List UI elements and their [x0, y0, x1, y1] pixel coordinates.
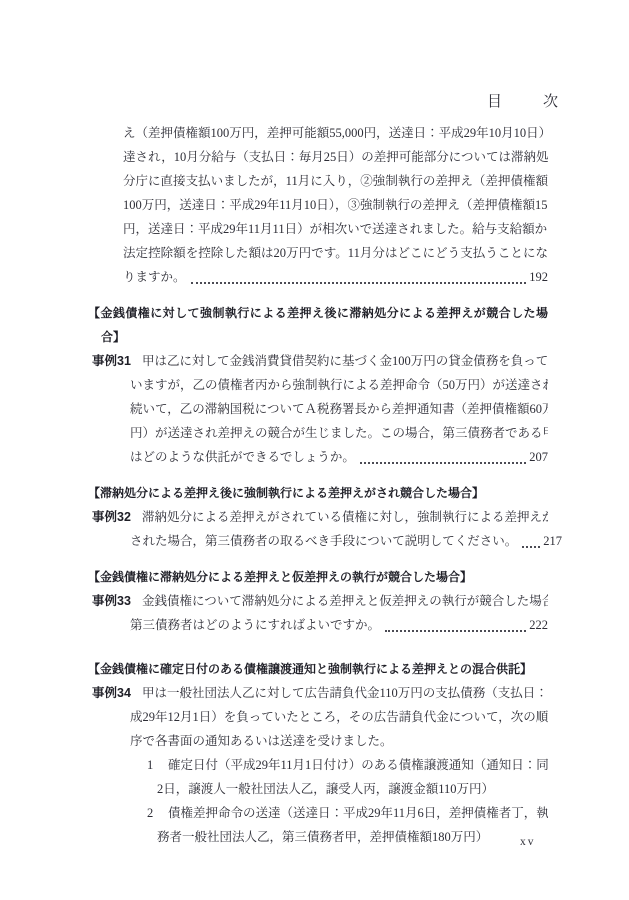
- page-title: 目 次: [487, 90, 571, 111]
- toc-text-line: 確定日付（平成29年11月1日付け）のある債権譲渡通知（通知日：同月: [157, 753, 548, 777]
- case-label: 事例33: [92, 589, 131, 613]
- section-heading: 【滞納処分による差押え後に強制執行による差押えがされ競合した場合】: [88, 481, 548, 505]
- case-body: 金銭債権について滞納処分による差押えと仮差押えの執行が競合した場合，第三債務者は…: [130, 589, 548, 637]
- case-label: 事例31: [92, 349, 131, 373]
- page-reference: 217: [543, 529, 562, 553]
- case-entry: 事例32滞納処分による差押えがされている債権に対し，強制執行による差押えがされた…: [88, 505, 548, 553]
- dot-leader: [360, 462, 526, 464]
- toc-text-line: 分庁に直接支払いましたが，11月に入り，②強制執行の差押え（差押債権額: [123, 169, 548, 193]
- section-heading-line: 【滞納処分による差押え後に強制執行による差押えがされ競合した場合】: [88, 481, 548, 505]
- toc-entry-continuation: え（差押債権額100万円，差押可能額55,000円，送達日：平成29年10月10…: [123, 121, 548, 289]
- case-body: 甲は一般社団法人乙に対して広告請負代金110万円の支払債務（支払日：平成29年1…: [130, 681, 548, 849]
- case-label: 事例32: [92, 505, 131, 529]
- sub-item: 2債権差押命令の送達（送達日：平成29年11月6日，差押債権者丁，執行債務者一般…: [157, 801, 548, 849]
- section-heading-line: 【金銭債権に対して強制執行による差押え後に滞納処分による差押えが競合した場: [88, 301, 548, 325]
- toc-text-line: 甲は一般社団法人乙に対して広告請負代金110万円の支払債務（支払日：平: [130, 681, 548, 705]
- sub-item: 1確定日付（平成29年11月1日付け）のある債権譲渡通知（通知日：同月2日，譲渡…: [157, 753, 548, 801]
- case-entry: 事例31甲は乙に対して金銭消費貸借契約に基づく金100万円の貸金債務を負っていま…: [88, 349, 548, 469]
- section-heading: 【金銭債権に確定日付のある債権譲渡通知と強制執行による差押えとの混合供託】: [88, 657, 548, 681]
- page-reference: 192: [529, 265, 548, 289]
- dot-leader: [191, 282, 527, 284]
- toc-text-line: 2日，譲渡人一般社団法人乙，譲受人丙，譲渡金額110万円）: [157, 777, 548, 801]
- toc-section: 【金銭債権に確定日付のある債権譲渡通知と強制執行による差押えとの混合供託】事例3…: [88, 657, 548, 849]
- toc-section: 【金銭債権に滞納処分による差押えと仮差押えの執行が競合した場合】事例33金銭債権…: [88, 565, 548, 637]
- toc-text-line: された場合，第三債務者の取るべき手段について説明してください。: [130, 529, 517, 553]
- toc-text-line: 続いて，乙の滞納国税についてＡ税務署長から差押通知書（差押債権額60万: [130, 397, 548, 421]
- toc-text-line: はどのような供託ができるでしょうか。: [130, 445, 355, 469]
- toc-entry-end: された場合，第三債務者の取るべき手段について説明してください。217: [130, 529, 548, 553]
- toc-text-line: え（差押債権額100万円，差押可能額55,000円，送達日：平成29年10月10…: [123, 121, 548, 145]
- dot-leader: [522, 546, 540, 548]
- page-number: xv: [520, 836, 536, 848]
- toc-text-line: 達され，10月分給与（支払日：毎月25日）の差押可能部分については滞納処: [123, 145, 548, 169]
- section-heading: 【金銭債権に滞納処分による差押えと仮差押えの執行が競合した場合】: [88, 565, 548, 589]
- toc-text-line: 債権差押命令の送達（送達日：平成29年11月6日，差押債権者丁，執行債: [157, 801, 548, 825]
- toc-section: 【金銭債権に対して強制執行による差押え後に滞納処分による差押えが競合した場合】事…: [88, 301, 548, 469]
- toc-text-line: 第三債務者はどのようにすればよいですか。: [130, 613, 380, 637]
- toc-text-line: 甲は乙に対して金銭消費貸借契約に基づく金100万円の貸金債務を負って: [130, 349, 548, 373]
- section-heading: 【金銭債権に対して強制執行による差押え後に滞納処分による差押えが競合した場合】: [88, 301, 548, 349]
- section-heading-line: 【金銭債権に確定日付のある債権譲渡通知と強制執行による差押えとの混合供託】: [88, 657, 548, 681]
- toc-text-line: 円，送達日：平成29年11月11日）が相次いで送達されました。給与支給額から: [123, 217, 548, 241]
- dot-leader: [385, 630, 526, 632]
- case-entry: 事例34甲は一般社団法人乙に対して広告請負代金110万円の支払債務（支払日：平成…: [88, 681, 548, 849]
- toc-entry-end: はどのような供託ができるでしょうか。207: [130, 445, 548, 469]
- toc-text-line: 滞納処分による差押えがされている債権に対し，強制執行による差押えが: [130, 505, 548, 529]
- toc-entry-end: 第三債務者はどのようにすればよいですか。222: [130, 613, 548, 637]
- case-label: 事例34: [92, 681, 131, 705]
- toc-text-line: 円）が送達され差押えの競合が生じました。この場合，第三債務者である甲: [130, 421, 548, 445]
- page-reference: 222: [529, 613, 548, 637]
- toc-text-line: 法定控除額を控除した額は20万円です。11月分はどこにどう支払うことにな: [123, 241, 548, 265]
- case-body: 甲は乙に対して金銭消費貸借契約に基づく金100万円の貸金債務を負っていますが，乙…: [130, 349, 548, 469]
- toc-text-line: りますか。: [123, 265, 186, 289]
- toc-entry-end: りますか。192: [123, 265, 548, 289]
- section-heading-line: 【金銭債権に滞納処分による差押えと仮差押えの執行が競合した場合】: [88, 565, 548, 589]
- case-entry: 事例33金銭債権について滞納処分による差押えと仮差押えの執行が競合した場合，第三…: [88, 589, 548, 637]
- toc-text-line: 務者一般社団法人乙，第三債務者甲，差押債権額180万円）: [157, 825, 548, 849]
- sub-item-number: 1: [147, 753, 153, 777]
- toc-text-line: いますが，乙の債権者丙から強制執行による差押命令（50万円）が送達され，: [130, 373, 548, 397]
- toc-text-line: 序で各書面の通知あるいは送達を受けました。: [130, 729, 548, 753]
- toc-section: 【滞納処分による差押え後に強制執行による差押えがされ競合した場合】事例32滞納処…: [88, 481, 548, 553]
- sub-item-number: 2: [147, 801, 153, 825]
- section-heading-line: 合】: [88, 325, 548, 349]
- toc-text-line: 成29年12月1日）を負っていたところ，その広告請負代金について，次の順: [130, 705, 548, 729]
- case-body: 滞納処分による差押えがされている債権に対し，強制執行による差押えがされた場合，第…: [130, 505, 548, 553]
- toc-content: え（差押債権額100万円，差押可能額55,000円，送達日：平成29年10月10…: [88, 121, 548, 849]
- page-reference: 207: [529, 445, 548, 469]
- toc-text-line: 金銭債権について滞納処分による差押えと仮差押えの執行が競合した場合，: [130, 589, 548, 613]
- toc-text-line: 100万円，送達日：平成29年11月10日），③強制執行の差押え（差押債権額15…: [123, 193, 548, 217]
